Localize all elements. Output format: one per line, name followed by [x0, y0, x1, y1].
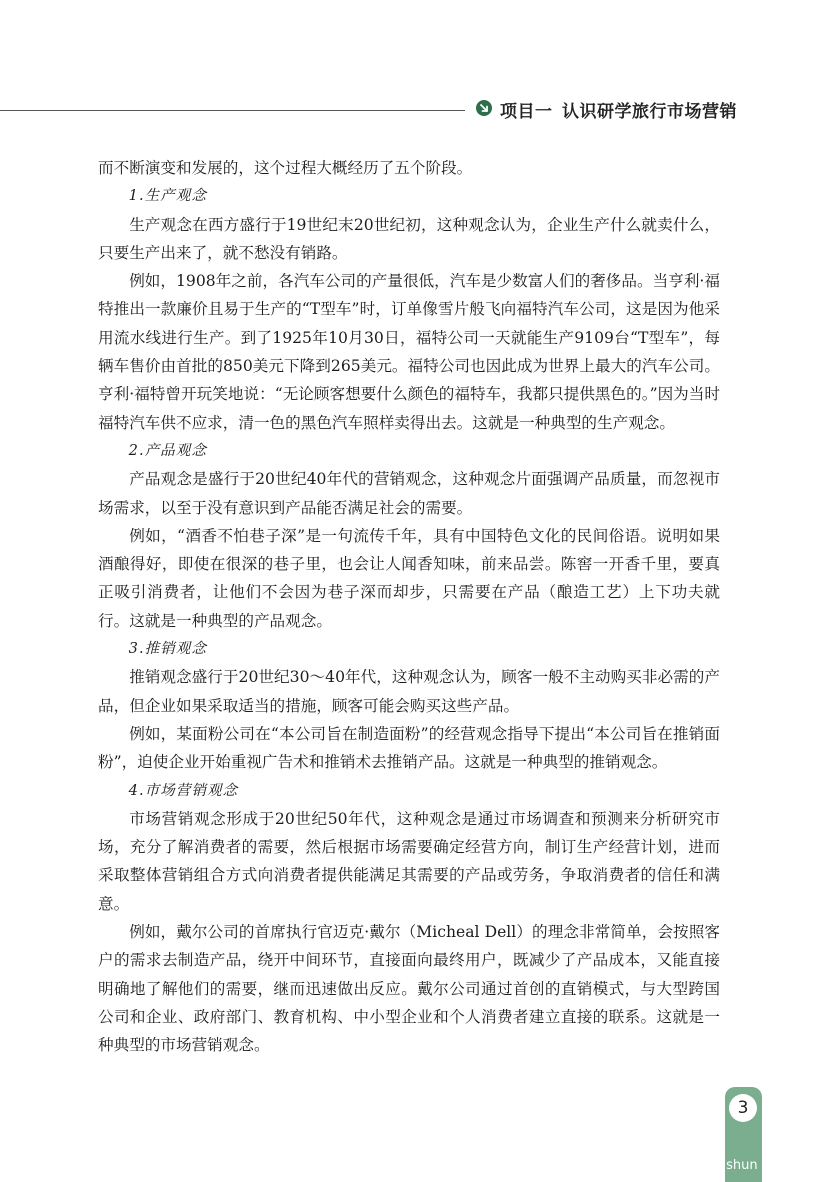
arrow-circle-icon	[476, 100, 492, 116]
paragraph: 例如，1908年之前，各汽车公司的产量很低，汽车是少数富人们的奢侈品。当亨利·福…	[98, 267, 720, 437]
section-heading: 4.市场营销观念	[98, 777, 720, 805]
page-number: 3	[729, 1094, 757, 1122]
section-heading: 3.推销观念	[98, 635, 720, 663]
header-rule	[0, 110, 465, 111]
page-body: 而不断演变和发展的，这个过程大概经历了五个阶段。 1.生产观念 生产观念在西方盛…	[98, 154, 720, 1060]
paragraph: 例如，“酒香不怕巷子深”是一句流传千年，具有中国特色文化的民间俗语。说明如果酒酿…	[98, 522, 720, 635]
paragraph: 推销观念盛行于20世纪30～40年代，这种观念认为，顾客一般不主动购买非必需的产…	[98, 663, 720, 720]
section-heading: 1.生产观念	[98, 182, 720, 210]
paragraph: 例如，戴尔公司的首席执行官迈克·戴尔（Micheal Dell）的理念非常简单，…	[98, 918, 720, 1059]
watermark-text: .shun	[722, 1158, 762, 1173]
paragraph: 例如，某面粉公司在“本公司旨在制造面粉”的经营观念指导下提出“本公司旨在推销面粉…	[98, 720, 720, 777]
section-heading: 2.产品观念	[98, 437, 720, 465]
project-label: 项目一	[500, 97, 553, 122]
paragraph: 市场营销观念形成于20世纪50年代，这种观念是通过市场调查和预测来分析研究市场，…	[98, 805, 720, 918]
intro-paragraph: 而不断演变和发展的，这个过程大概经历了五个阶段。	[98, 154, 720, 182]
chapter-title: 认识研学旅行市场营销	[562, 97, 737, 122]
running-header: 项目一 认识研学旅行市场营销	[0, 96, 836, 124]
paragraph: 生产观念在西方盛行于19世纪末20世纪初，这种观念认为，企业生产什么就卖什么，只…	[98, 211, 720, 268]
paragraph: 产品观念是盛行于20世纪40年代的营销观念，这种观念片面强调产品质量，而忽视市场…	[98, 465, 720, 522]
